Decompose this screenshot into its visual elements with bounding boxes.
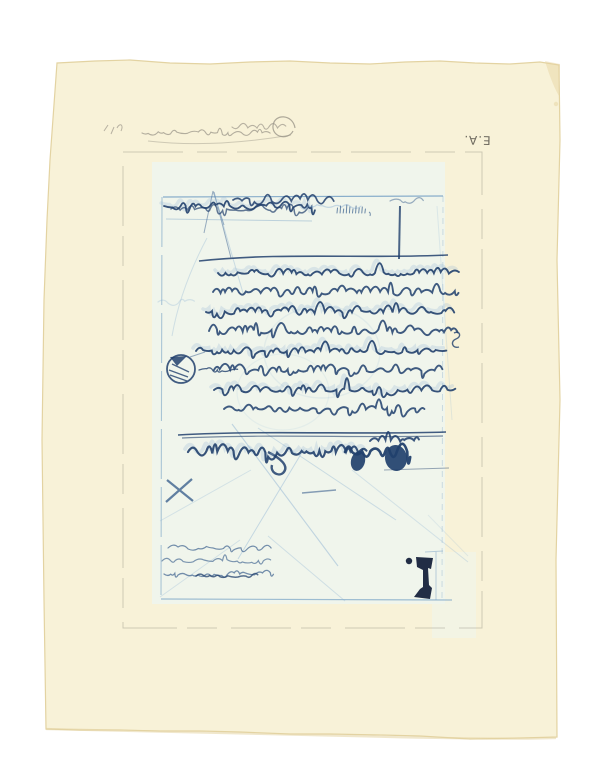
scribble-stroke xyxy=(353,209,354,213)
numeral-dot xyxy=(406,558,412,564)
scribble-stroke xyxy=(337,208,338,213)
scribble-stroke xyxy=(349,207,350,213)
scribble-stroke xyxy=(365,209,366,213)
edge-spot xyxy=(554,102,558,106)
scribble-stroke xyxy=(359,208,360,213)
etching-print xyxy=(123,152,482,638)
photo-of-print: E.A. xyxy=(0,0,600,779)
scribble-stroke xyxy=(362,207,363,213)
scribble-stroke xyxy=(346,205,347,213)
edition-mark-text: E.A. xyxy=(463,133,490,147)
plate-tone-patch xyxy=(432,552,476,638)
scribble-stroke xyxy=(343,209,344,213)
scribble-stroke xyxy=(340,206,341,213)
artwork-photo: E.A. xyxy=(0,0,600,779)
scribble-stroke xyxy=(356,206,357,213)
vertical-stroke xyxy=(399,206,400,259)
